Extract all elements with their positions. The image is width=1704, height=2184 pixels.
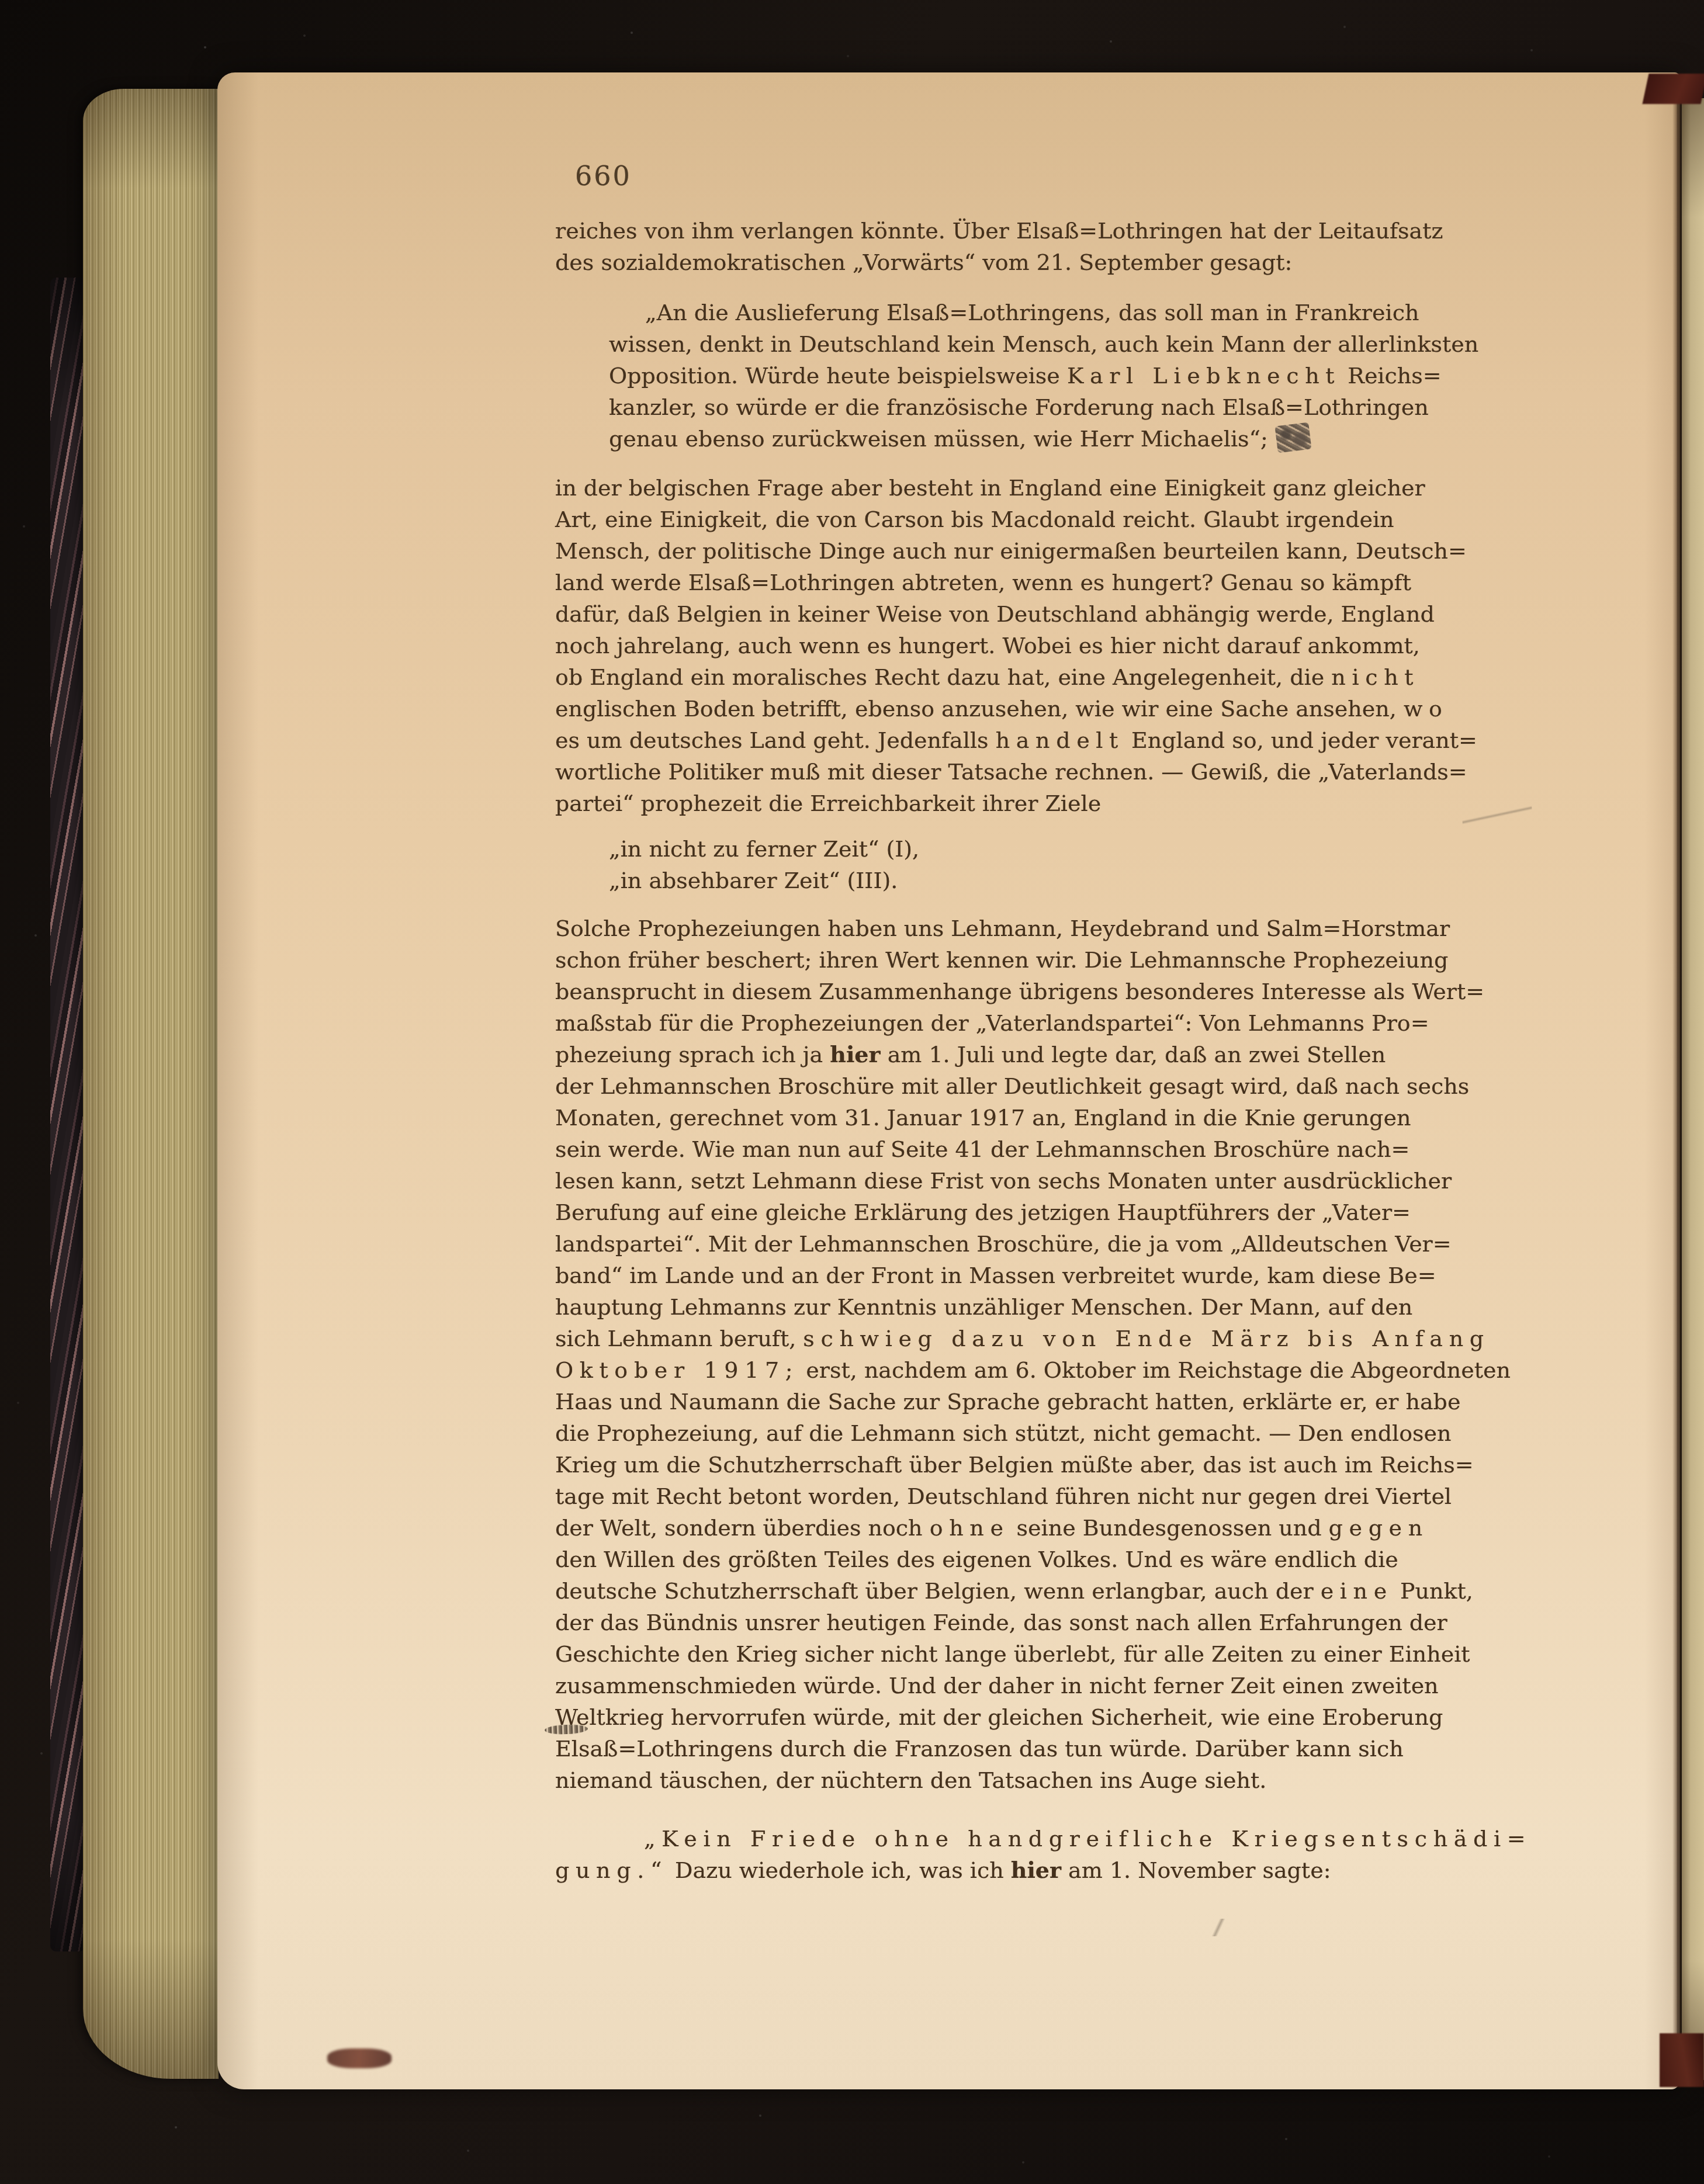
text-segment: band“ im Lande und an der Front in Masse… [555, 1263, 1436, 1288]
text-line: ob England ein moralisches Recht dazu ha… [555, 661, 1619, 693]
text-segment: zusammenschmieden würde. Und der daher i… [555, 1673, 1439, 1698]
text-segment: der Lehmannschen Broschüre mit aller Deu… [555, 1073, 1469, 1099]
text-segment: „Kein Friede ohne handgreifliche Kriegse… [644, 1826, 1532, 1852]
text-line: phezeiung sprach ich ja hier am 1. Juli … [555, 1039, 1619, 1070]
text-line: des sozialdemokratischen „Vorwärts“ vom … [555, 247, 1619, 278]
text-segment: wortliche Politiker muß mit dieser Tatsa… [555, 759, 1467, 785]
text-segment: Solche Prophezeiungen haben uns Lehmann,… [555, 916, 1450, 941]
text-line: Elsaß=Lothringens durch die Franzosen da… [555, 1733, 1619, 1764]
cover-edge-bottom-left [327, 2048, 392, 2068]
pencil-mark-2 [1208, 1919, 1229, 1936]
text-line: land werde Elsaß=Lothringen abtreten, we… [555, 567, 1619, 598]
text-segment: die Prophezeiung, auf die Lehmann sich s… [555, 1420, 1452, 1446]
text-line: deutsche Schutzherrschaft über Belgien, … [555, 1575, 1619, 1607]
text-segment: England so, und jeder verant= [1124, 727, 1477, 753]
text-segment: tage mit Recht betont worden, Deutschlan… [555, 1483, 1452, 1509]
text-segment: reiches von ihm verlangen könnte. Über E… [555, 218, 1443, 244]
closing-paragraph: „Kein Friede ohne handgreifliche Kriegse… [555, 1823, 1619, 1886]
text-segment: land werde Elsaß=Lothringen abtreten, we… [555, 570, 1411, 595]
text-line: schon früher beschert; ihren Wert kennen… [555, 944, 1619, 976]
text-line: band“ im Lande und an der Front in Masse… [555, 1260, 1619, 1291]
text-segment: Karl Liebknecht [1067, 363, 1341, 389]
text-line: kanzler, so würde er die französische Fo… [609, 391, 1619, 423]
paragraph: reiches von ihm verlangen könnte. Über E… [555, 215, 1619, 278]
text-segment: englischen Boden betrifft, ebenso anzuse… [555, 696, 1404, 722]
dust-specks [0, 0, 1, 1]
text-segment: sein werde. Wie man nun auf Seite 41 der… [555, 1136, 1409, 1162]
text-line: Berufung auf eine gleiche Erklärung des … [555, 1197, 1619, 1228]
text-segment: handelt [996, 727, 1124, 753]
text-segment: Monaten, gerechnet vom 31. Januar 1917 a… [555, 1105, 1411, 1131]
text-segment: Art, eine Einigkeit, die von Carson bis … [555, 507, 1394, 532]
quote-lines: „in nicht zu ferner Zeit“ (I),„in absehb… [609, 833, 1619, 896]
text-line: reiches von ihm verlangen könnte. Über E… [555, 215, 1619, 247]
text-line: Solche Prophezeiungen haben uns Lehmann,… [555, 913, 1619, 944]
text-segment: Reichs= [1341, 363, 1441, 389]
text-segment: beansprucht in diesem Zusammenhange übri… [555, 979, 1484, 1004]
cover-edge-top-right [1642, 74, 1704, 104]
text-line: partei“ prophezeit die Erreichbarkeit ih… [555, 788, 1619, 819]
text-segment: eine [1321, 1578, 1393, 1604]
text-line: zusammenschmieden würde. Und der daher i… [555, 1670, 1619, 1701]
text-segment: Elsaß=Lothringens durch die Franzosen da… [555, 1736, 1404, 1762]
text-line: Mensch, der politische Dinge auch nur ei… [555, 535, 1619, 567]
text-line: „in nicht zu ferner Zeit“ (I), [609, 833, 1619, 865]
text-line: Krieg um die Schutzherrschaft über Belgi… [555, 1449, 1619, 1481]
text-line: lesen kann, setzt Lehmann diese Frist vo… [555, 1165, 1619, 1197]
text-segment: Berufung auf eine gleiche Erklärung des … [555, 1200, 1411, 1225]
text-segment: gung.“ [555, 1857, 668, 1883]
text-segment: hier [830, 1041, 880, 1067]
text-segment: „in absehbarer Zeit“ (III). [609, 868, 898, 893]
text-line: sein werde. Wie man nun auf Seite 41 der… [555, 1133, 1619, 1165]
text-segment: „An die Auslieferung Elsaß=Lothringens, … [645, 300, 1419, 325]
text-line: sich Lehmann beruft, schwieg dazu von En… [555, 1323, 1619, 1354]
text-line: noch jahrelang, auch wenn es hungert. Wo… [555, 630, 1619, 661]
text-segment: den Willen des größten Teiles des eigene… [555, 1547, 1398, 1572]
text-line: Haas und Naumann die Sache zur Sprache g… [555, 1386, 1619, 1417]
text-segment: Haas und Naumann die Sache zur Sprache g… [555, 1389, 1460, 1415]
text-segment: Punkt, [1393, 1578, 1473, 1604]
marbled-endpaper [50, 278, 85, 1951]
text-segment: es um deutsches Land geht. Jedenfalls [555, 727, 996, 753]
text-segment: der Welt, sondern überdies noch [555, 1515, 930, 1541]
text-line: Geschichte den Krieg sicher nicht lange … [555, 1638, 1619, 1670]
text-segment: hier [1011, 1857, 1061, 1883]
text-line: genau ebenso zurückweisen müssen, wie He… [609, 423, 1619, 455]
text-segment: Geschichte den Krieg sicher nicht lange … [555, 1641, 1470, 1667]
text-line: maßstab für die Prophezeiungen der „Vate… [555, 1007, 1619, 1039]
text-segment: seine Bundesgenossen und [1010, 1515, 1329, 1541]
text-line: der Lehmannschen Broschüre mit aller Deu… [555, 1070, 1619, 1102]
text-line: Art, eine Einigkeit, die von Carson bis … [555, 504, 1619, 535]
text-segment: Mensch, der politische Dinge auch nur ei… [555, 538, 1467, 564]
text-line: „Kein Friede ohne handgreifliche Kriegse… [555, 1823, 1619, 1854]
text-block: reiches von ihm verlangen könnte. Über E… [555, 215, 1619, 1886]
text-line: „An die Auslieferung Elsaß=Lothringens, … [609, 297, 1619, 328]
cover-edge-bottom-right [1660, 2033, 1704, 2087]
text-line: der das Bündnis unsrer heutigen Feinde, … [555, 1607, 1619, 1638]
text-segment: Krieg um die Schutzherrschaft über Belgi… [555, 1452, 1474, 1478]
text-line: Monaten, gerechnet vom 31. Januar 1917 a… [555, 1102, 1619, 1133]
text-segment: maßstab für die Prophezeiungen der „Vate… [555, 1010, 1429, 1036]
text-segment: wissen, denkt in Deutschland kein Mensch… [609, 331, 1478, 357]
text-segment: kanzler, so würde er die französische Fo… [609, 394, 1429, 420]
page-edge-stack [83, 89, 219, 2079]
text-segment: ob England ein moralisches Recht dazu ha… [555, 664, 1331, 690]
text-segment: Oktober 1917; [555, 1357, 799, 1383]
text-line: niemand täuschen, der nüchtern den Tatsa… [555, 1764, 1619, 1796]
text-segment: gegen [1329, 1515, 1429, 1541]
text-segment: lesen kann, setzt Lehmann diese Frist vo… [555, 1168, 1452, 1194]
ink-stamp-mark [1274, 422, 1311, 453]
text-segment: des sozialdemokratischen „Vorwärts“ vom … [555, 249, 1292, 275]
book-page: 660 reiches von ihm verlangen könnte. Üb… [217, 72, 1679, 2089]
adjacent-page-sliver [1682, 98, 1704, 2080]
blockquote: „An die Auslieferung Elsaß=Lothringens, … [609, 297, 1619, 455]
text-line: englischen Boden betrifft, ebenso anzuse… [555, 693, 1619, 724]
text-line: es um deutsches Land geht. Jedenfalls ha… [555, 724, 1619, 756]
text-segment: partei“ prophezeit die Erreichbarkeit ih… [555, 791, 1101, 816]
text-line: der Welt, sondern überdies noch ohne sei… [555, 1512, 1619, 1544]
text-segment: am 1. November sagte: [1061, 1857, 1331, 1883]
text-line: die Prophezeiung, auf die Lehmann sich s… [555, 1417, 1619, 1449]
text-line: Weltkrieg hervorrufen würde, mit der gle… [555, 1701, 1619, 1733]
text-segment: ohne [930, 1515, 1010, 1541]
text-line: wissen, denkt in Deutschland kein Mensch… [609, 328, 1619, 360]
text-line: den Willen des größten Teiles des eigene… [555, 1544, 1619, 1575]
text-line: „in absehbarer Zeit“ (III). [609, 865, 1619, 896]
text-segment: deutsche Schutzherrschaft über Belgien, … [555, 1578, 1321, 1604]
paragraph: Solche Prophezeiungen haben uns Lehmann,… [555, 913, 1619, 1796]
text-line: Oktober 1917; erst, nachdem am 6. Oktobe… [555, 1354, 1619, 1386]
text-line: wortliche Politiker muß mit dieser Tatsa… [555, 756, 1619, 788]
text-segment: phezeiung sprach ich ja [555, 1042, 830, 1067]
text-line: gung.“ Dazu wiederhole ich, was ich hier… [555, 1854, 1619, 1886]
text-segment: Weltkrieg hervorrufen würde, mit der gle… [555, 1704, 1443, 1730]
text-segment: am 1. Juli und legte dar, daß an zwei St… [881, 1042, 1386, 1067]
text-segment: Dazu wiederhole ich, was ich [668, 1857, 1011, 1883]
text-segment: schwieg dazu von Ende März bis Anfang [803, 1326, 1490, 1351]
text-segment: sich Lehmann beruft, [555, 1326, 803, 1351]
text-segment: niemand täuschen, der nüchtern den Tatsa… [555, 1767, 1266, 1793]
book-scan: 660 reiches von ihm verlangen könnte. Üb… [0, 0, 1704, 2184]
text-segment: nicht [1331, 664, 1419, 690]
text-segment: noch jahrelang, auch wenn es hungert. Wo… [555, 633, 1420, 658]
text-segment: schon früher beschert; ihren Wert kennen… [555, 947, 1448, 973]
paragraph: in der belgischen Frage aber besteht in … [555, 472, 1619, 819]
text-segment: der das Bündnis unsrer heutigen Feinde, … [555, 1610, 1447, 1635]
text-line: Opposition. Würde heute beispielsweise K… [609, 360, 1619, 391]
text-segment: Opposition. Würde heute beispielsweise [609, 363, 1067, 389]
text-segment: genau ebenso zurückweisen müssen, wie He… [609, 426, 1268, 452]
text-line: in der belgischen Frage aber besteht in … [555, 472, 1619, 504]
text-segment: hauptung Lehmanns zur Kenntnis unzählige… [555, 1294, 1412, 1320]
text-line: dafür, daß Belgien in keiner Weise von D… [555, 598, 1619, 630]
text-line: beansprucht in diesem Zusammenhange übri… [555, 976, 1619, 1007]
text-line: hauptung Lehmanns zur Kenntnis unzählige… [555, 1291, 1619, 1323]
text-segment: erst, nachdem am 6. Oktober im Reichstag… [799, 1357, 1511, 1383]
text-segment: landspartei“. Mit der Lehmannschen Brosc… [555, 1231, 1452, 1257]
text-segment: in der belgischen Frage aber besteht in … [555, 475, 1425, 501]
text-segment: „in nicht zu ferner Zeit“ (I), [609, 836, 919, 862]
text-segment: dafür, daß Belgien in keiner Weise von D… [555, 601, 1435, 627]
text-line: tage mit Recht betont worden, Deutschlan… [555, 1481, 1619, 1512]
text-segment: wo [1404, 696, 1449, 722]
page-number: 660 [575, 160, 632, 192]
text-line: landspartei“. Mit der Lehmannschen Brosc… [555, 1228, 1619, 1260]
